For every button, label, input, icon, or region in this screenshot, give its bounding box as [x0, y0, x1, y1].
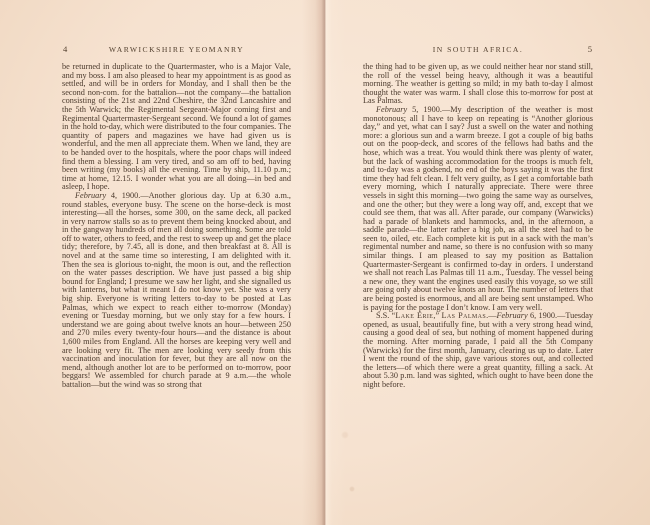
- right-running-title: IN SOUTH AFRICA.: [363, 45, 593, 54]
- left-page-text: be returned in duplicate to the Quarterm…: [62, 63, 291, 390]
- text-segment: 6, 1900.—Tuesday opened, as usual, beaut…: [363, 311, 593, 389]
- paragraph: February 4, 1900.—Another glorious day. …: [62, 192, 291, 390]
- book-spread: 4 WARWICKSHIRE YEOMANRY be returned in d…: [0, 0, 650, 525]
- right-page-text: the thing had to be given up, as we coul…: [363, 63, 593, 390]
- text-segment: 5, 1900.—My description of the weather i…: [363, 105, 593, 312]
- left-page: 4 WARWICKSHIRE YEOMANRY be returned in d…: [62, 0, 291, 525]
- right-running-head: IN SOUTH AFRICA. 5: [363, 45, 593, 56]
- left-running-title: WARWICKSHIRE YEOMANRY: [62, 45, 291, 54]
- paragraph: the thing had to be given up, as we coul…: [363, 63, 593, 106]
- book-gutter-crease: [302, 0, 346, 525]
- paragraph: S.S. “Lake Erie,” Las Palmas.—February 6…: [363, 312, 593, 389]
- left-page-number: 4: [63, 44, 67, 54]
- text-segment: the thing had to be given up, as we coul…: [363, 62, 593, 105]
- right-page: IN SOUTH AFRICA. 5 the thing had to be g…: [363, 0, 593, 525]
- paragraph: be returned in duplicate to the Quarterm…: [62, 63, 291, 192]
- right-page-number: 5: [588, 44, 592, 54]
- text-segment: 4, 1900.—Another glorious day. Up at 6.3…: [62, 191, 291, 389]
- text-segment: be returned in duplicate to the Quarterm…: [62, 62, 291, 191]
- paragraph: February 5, 1900.—My description of the …: [363, 106, 593, 312]
- left-running-head: 4 WARWICKSHIRE YEOMANRY: [62, 45, 291, 56]
